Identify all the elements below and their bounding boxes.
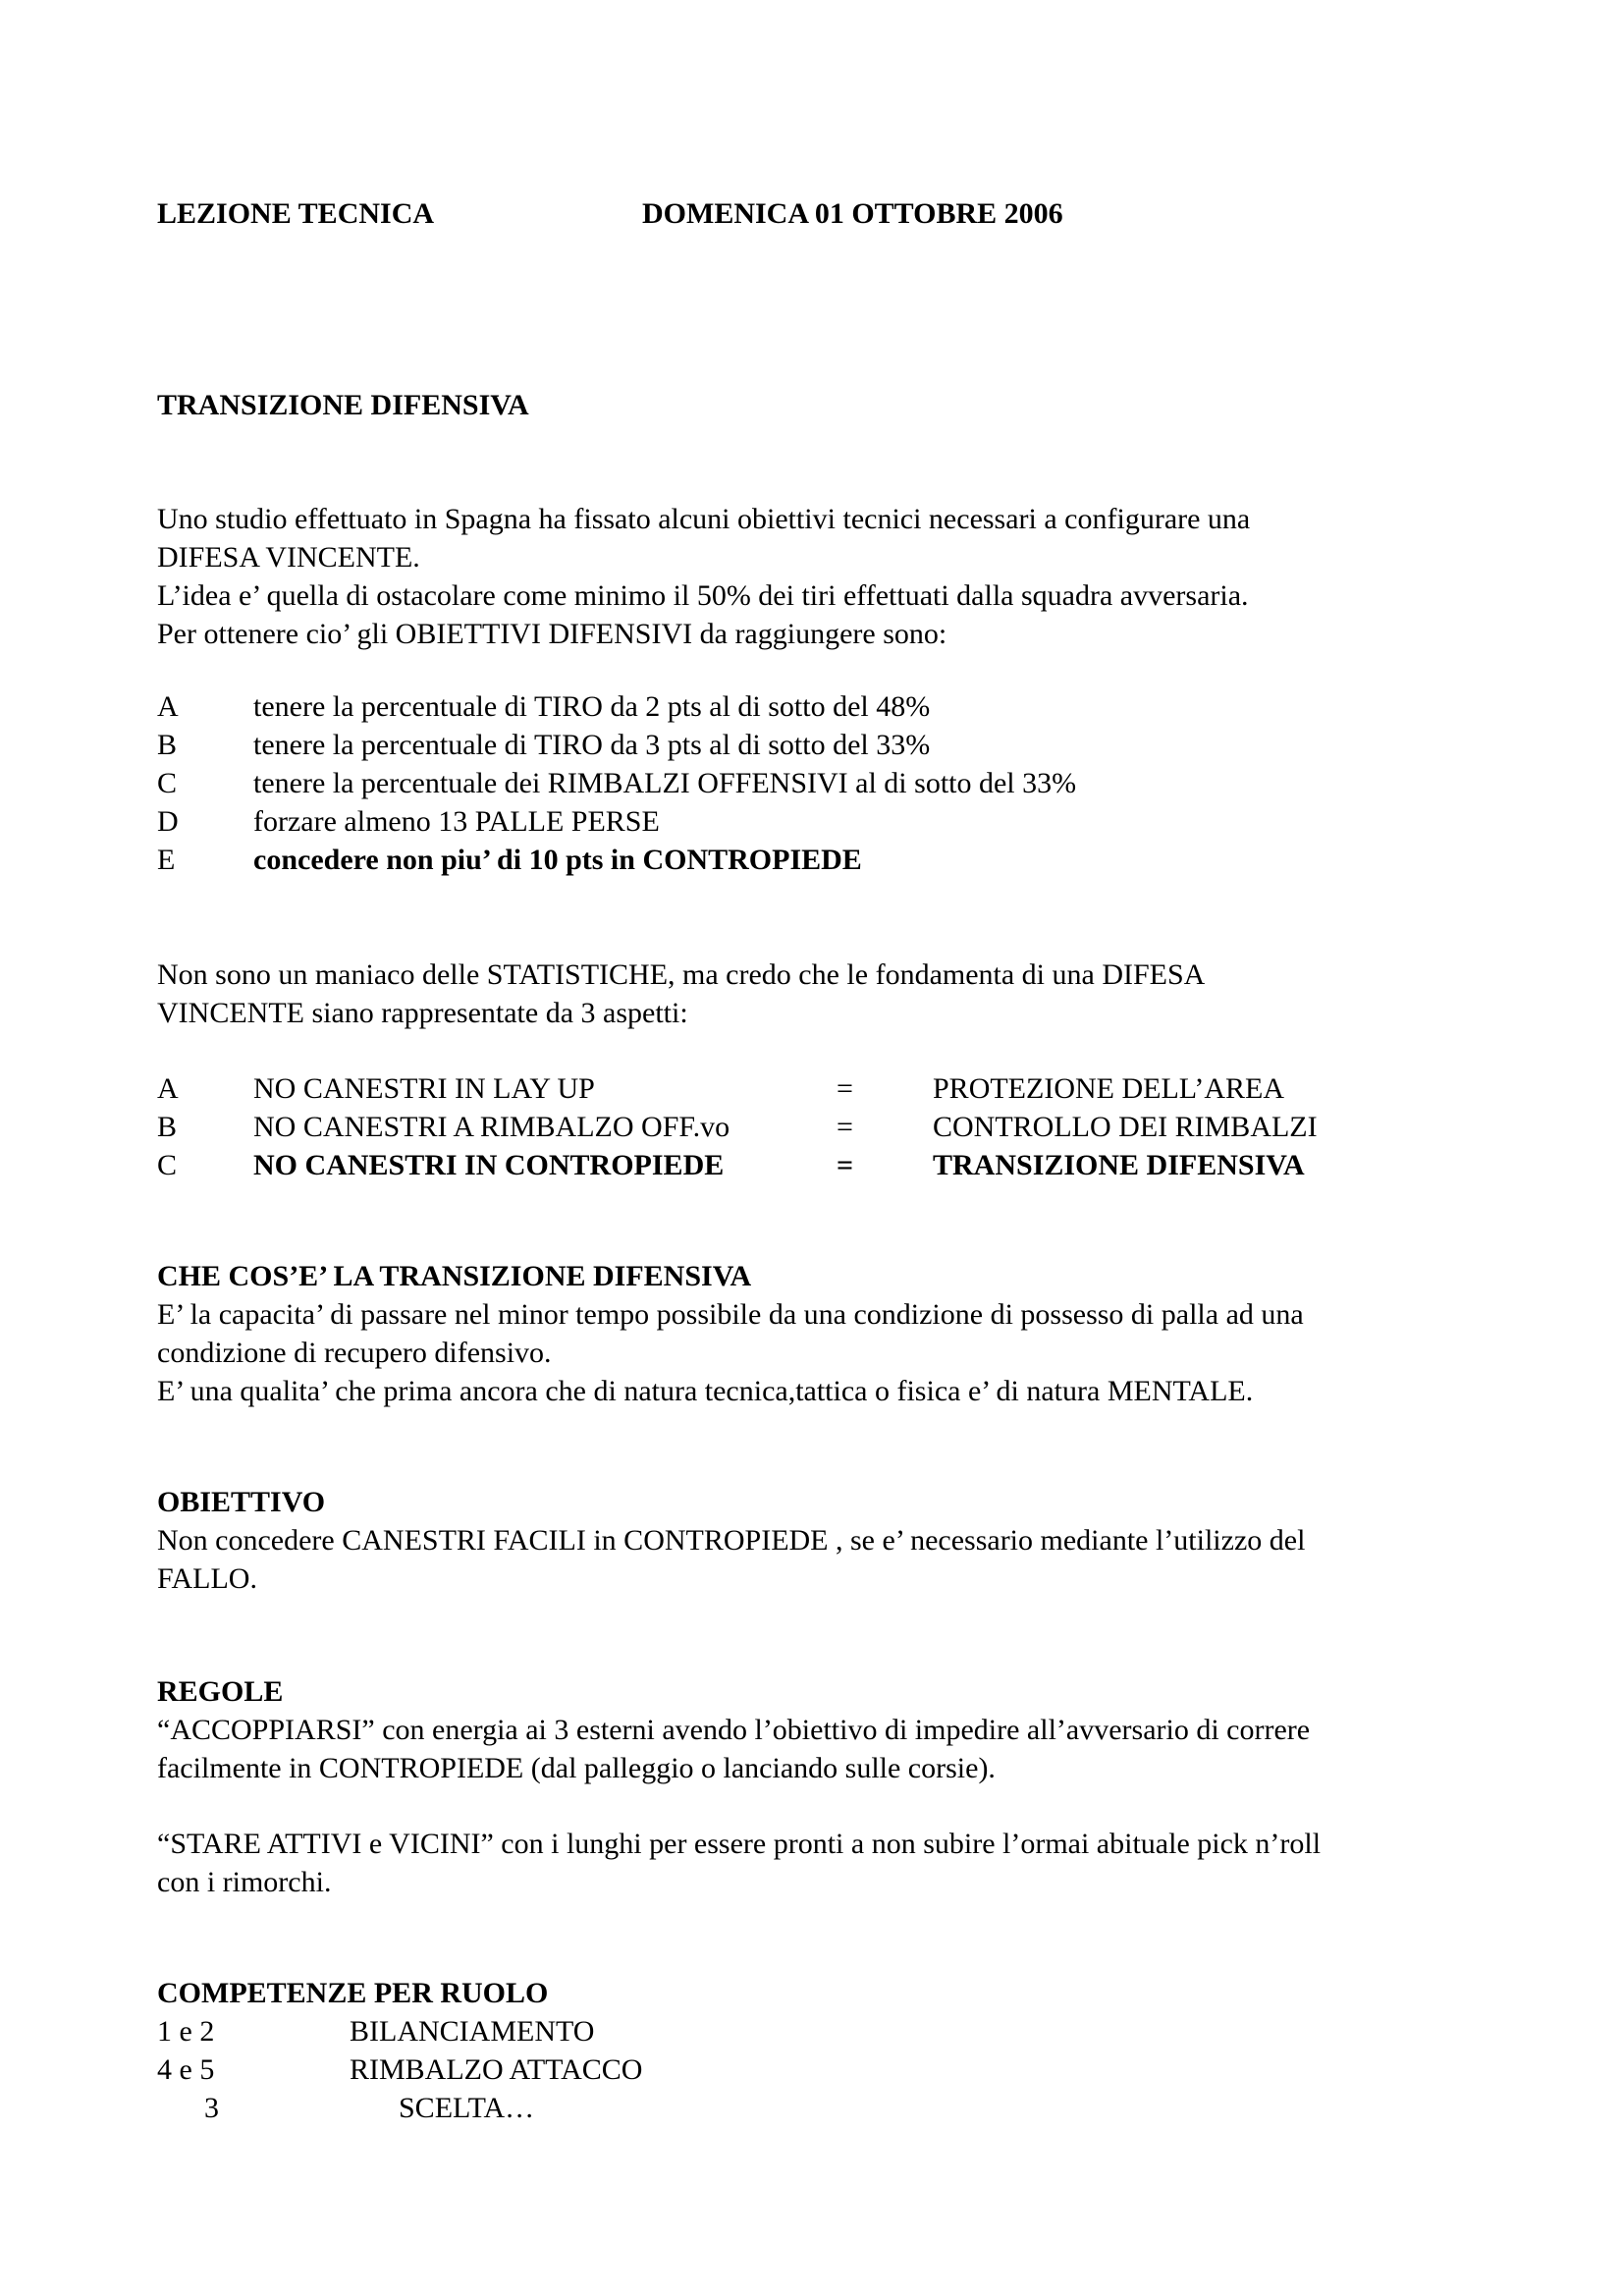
section-line: E’ la capacita’ di passare nel minor tem…	[157, 1295, 1304, 1334]
role-task: BILANCIAMENTO	[350, 2012, 594, 2050]
lesson-date: DOMENICA 01 OTTOBRE 2006	[642, 194, 1063, 233]
intro-line: Uno studio effettuato in Spagna ha fissa…	[157, 500, 1250, 538]
role-number: 1 e 2	[157, 2012, 214, 2050]
objective-letter: D	[157, 802, 179, 841]
aspect-letter: C	[157, 1146, 177, 1184]
aspect-right: CONTROLLO DEI RIMBALZI	[933, 1108, 1318, 1146]
rule-line: con i rimorchi.	[157, 1863, 331, 1901]
aspect-letter: A	[157, 1069, 179, 1108]
intro-line: Per ottenere cio’ gli OBIETTIVI DIFENSIV…	[157, 615, 946, 653]
objective-text: tenere la percentuale di TIRO da 2 pts a…	[253, 687, 930, 726]
aspect-left: NO CANESTRI A RIMBALZO OFF.vo	[253, 1108, 730, 1146]
aspect-left: NO CANESTRI IN CONTROPIEDE	[253, 1146, 724, 1184]
section-line: Non concedere CANESTRI FACILI in CONTROP…	[157, 1521, 1305, 1559]
aspects-intro-line: Non sono un maniaco delle STATISTICHE, m…	[157, 956, 1205, 994]
section-line: condizione di recupero difensivo.	[157, 1334, 552, 1372]
document-title: TRANSIZIONE DIFENSIVA	[157, 386, 529, 424]
rule-line: facilmente in CONTROPIEDE (dal palleggio…	[157, 1749, 996, 1787]
section-heading: OBIETTIVO	[157, 1483, 325, 1521]
aspect-right: PROTEZIONE DELL’AREA	[933, 1069, 1284, 1108]
aspect-right: TRANSIZIONE DIFENSIVA	[933, 1146, 1305, 1184]
role-task: RIMBALZO ATTACCO	[350, 2050, 642, 2089]
aspects-intro-line: VINCENTE siano rappresentate da 3 aspett…	[157, 994, 688, 1032]
objective-letter: E	[157, 841, 175, 879]
objective-letter: A	[157, 687, 179, 726]
intro-line: DIFESA VINCENTE.	[157, 538, 420, 576]
objective-text: tenere la percentuale dei RIMBALZI OFFEN…	[253, 764, 1076, 802]
rule-line: “STARE ATTIVI e VICINI” con i lunghi per…	[157, 1825, 1321, 1863]
role-number: 4 e 5	[157, 2050, 214, 2089]
aspect-equals: =	[837, 1146, 853, 1184]
objective-text: tenere la percentuale di TIRO da 3 pts a…	[253, 726, 930, 764]
aspect-equals: =	[837, 1069, 853, 1108]
role-task: SCELTA…	[399, 2089, 534, 2127]
objective-letter: C	[157, 764, 177, 802]
section-line: FALLO.	[157, 1559, 257, 1598]
rule-line: “ACCOPPIARSI” con energia ai 3 esterni a…	[157, 1711, 1310, 1749]
aspect-equals: =	[837, 1108, 853, 1146]
aspect-letter: B	[157, 1108, 177, 1146]
objective-letter: B	[157, 726, 177, 764]
section-heading: REGOLE	[157, 1672, 283, 1711]
section-line: E’ una qualita’ che prima ancora che di …	[157, 1372, 1253, 1410]
intro-line: L’idea e’ quella di ostacolare come mini…	[157, 576, 1249, 615]
section-heading: CHE COS’E’ LA TRANSIZIONE DIFENSIVA	[157, 1257, 751, 1295]
role-number: 3	[204, 2089, 219, 2127]
objective-text: concedere non piu’ di 10 pts in CONTROPI…	[253, 841, 862, 879]
objective-text: forzare almeno 13 PALLE PERSE	[253, 802, 660, 841]
aspect-left: NO CANESTRI IN LAY UP	[253, 1069, 595, 1108]
section-heading: COMPETENZE PER RUOLO	[157, 1974, 548, 2012]
lesson-label: LEZIONE TECNICA	[157, 194, 434, 233]
